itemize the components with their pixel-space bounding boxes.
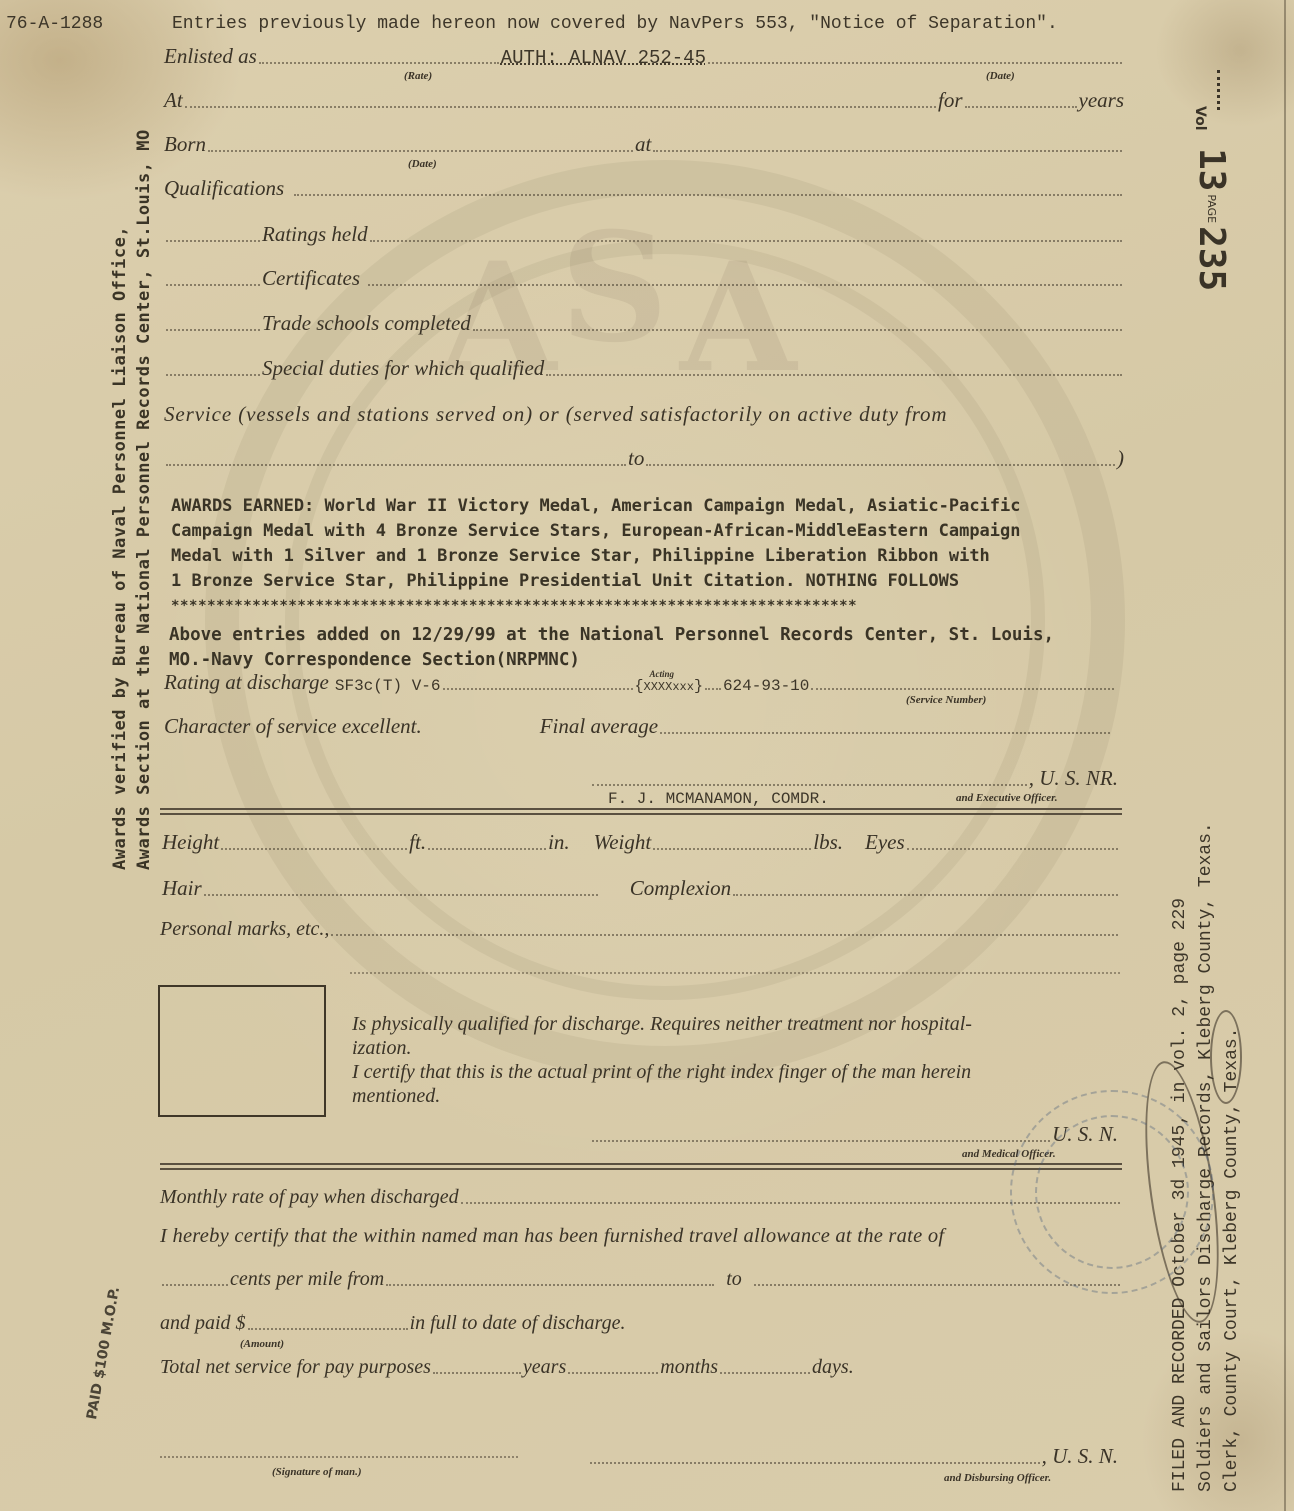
character-label: Character of service excellent. [164, 714, 422, 739]
final-average-field[interactable] [660, 731, 1110, 734]
special-duties-label: Special duties for which qualified [262, 356, 544, 381]
certificates-row: Certificates [164, 266, 1124, 291]
awards-line: Campaign Medal with 4 Bronze Service Sta… [171, 519, 1021, 544]
ratings-held-field[interactable] [370, 239, 1122, 242]
born-place-field[interactable] [653, 149, 1122, 152]
medical-line: Is physically qualified for discharge. R… [352, 1010, 972, 1038]
paid-suffix: in full to date of discharge. [410, 1312, 626, 1335]
eyes-field[interactable] [907, 847, 1118, 850]
certificates-field[interactable] [368, 283, 1122, 286]
height-label: Height [162, 830, 219, 855]
special-duties-field[interactable] [546, 373, 1122, 376]
paid-amount-field[interactable] [248, 1327, 408, 1330]
personal-marks-field[interactable] [331, 933, 1118, 936]
rating-discharge-row: Rating at discharge SF3c(T) V-6 { Acting… [164, 670, 1116, 695]
amount-caption: (Amount) [240, 1338, 284, 1350]
medical-officer-signature-field[interactable] [592, 1139, 1050, 1142]
double-rule [160, 1168, 1122, 1170]
trade-schools-row: Trade schools completed [164, 311, 1124, 336]
ratings-row: Ratings held [164, 222, 1124, 247]
double-rule [160, 1163, 1122, 1165]
page-number: 235 [1191, 226, 1232, 291]
awards-line: AWARDS EARNED: World War II Victory Meda… [171, 494, 1021, 519]
county-seal-stamp [1035, 1115, 1189, 1269]
margin-note-left-2: Awards Section at the National Personnel… [134, 129, 154, 870]
years-label: years [1079, 88, 1125, 113]
to-field[interactable] [754, 1283, 1120, 1286]
service-dates-row: to ) [164, 446, 1124, 471]
from-field[interactable] [386, 1283, 714, 1286]
eyes-label: Eyes [865, 830, 905, 855]
awards-line: 1 Bronze Service Star, Philippine Presid… [171, 569, 1021, 594]
hair-row: Hair Complexion [162, 876, 1120, 901]
cents-row: cents per mile from to [160, 1268, 1122, 1291]
for-label: for [938, 88, 963, 113]
usn-label: , U. S. N. [1042, 1444, 1118, 1469]
page-stamp: 13 PAGE 235 [1191, 148, 1232, 291]
qualifications-label: Qualifications [164, 176, 284, 201]
trade-schools-label: Trade schools completed [262, 311, 471, 336]
personal-marks-line2[interactable] [350, 972, 1120, 974]
double-rule [160, 808, 1122, 810]
disbursing-officer-caption: and Disbursing Officer. [944, 1472, 1051, 1484]
weight-field[interactable] [653, 847, 811, 850]
exec-officer-signature-field[interactable] [592, 783, 1027, 786]
height-ft-field[interactable] [221, 847, 407, 850]
service-number-caption: (Service Number) [906, 694, 986, 706]
travel-allowance-text: I hereby certify that the within named m… [160, 1225, 944, 1248]
awards-block: AWARDS EARNED: World War II Victory Meda… [171, 494, 1021, 619]
disbursing-officer-signature-field[interactable] [590, 1461, 1040, 1464]
weight-label: Weight [594, 830, 652, 855]
medical-block: Is physically qualified for discharge. R… [352, 1010, 972, 1110]
total-days-field[interactable] [720, 1371, 810, 1374]
paid-row: and paid $ in full to date of discharge. [160, 1312, 625, 1335]
margin-note-left-1: Awards verified by Bureau of Naval Perso… [110, 226, 130, 870]
service-to-label: to [628, 446, 644, 471]
at-field[interactable] [185, 105, 936, 108]
born-date-caption: (Date) [408, 158, 437, 170]
clerk-signature [1210, 1010, 1242, 1104]
rate-caption: (Rate) [404, 70, 432, 82]
born-label: Born [164, 132, 206, 157]
physical-row: Height ft. in. Weight lbs. Eyes [162, 830, 1120, 855]
enlisted-row: Enlisted as AUTH: ALNAV 252-45 [164, 44, 1124, 69]
special-duties-row: Special duties for which qualified [164, 356, 1124, 381]
born-at-label: at [635, 132, 651, 157]
certificates-label: Certificates [262, 266, 360, 291]
complexion-label: Complexion [630, 876, 731, 901]
signature-of-man-field[interactable] [160, 1456, 518, 1458]
ratings-held-label: Ratings held [262, 222, 368, 247]
complexion-field[interactable] [733, 893, 1118, 896]
page-edge [1284, 0, 1286, 1511]
medical-line: I certify that this is the actual print … [352, 1058, 972, 1086]
rating-discharge-label: Rating at discharge [164, 670, 329, 695]
service-from-field[interactable] [166, 463, 626, 466]
years-field[interactable] [965, 105, 1077, 108]
usnr-label: , U. S. NR. [1029, 766, 1118, 791]
final-average-label: Final average [540, 714, 658, 739]
monthly-pay-row: Monthly rate of pay when discharged [160, 1186, 1122, 1209]
service-to-field[interactable] [646, 463, 1115, 466]
service-label: Service (vessels and stations served on)… [164, 402, 947, 427]
vol-stamp: Vol [1192, 106, 1208, 131]
total-months-field[interactable] [568, 1371, 658, 1374]
to-label: to [726, 1268, 742, 1291]
born-date-field[interactable] [208, 149, 633, 152]
rating-discharge-value[interactable]: SF3c(T) V-6 [335, 677, 441, 695]
exec-officer-row: , U. S. NR. [590, 766, 1118, 791]
height-in-field[interactable] [428, 847, 546, 850]
double-rule [160, 813, 1122, 815]
header-note: Entries previously made hereon now cover… [172, 14, 1058, 34]
fingerprint-box [158, 985, 326, 1117]
signature-of-man-caption: (Signature of man.) [272, 1466, 362, 1478]
monthly-pay-label: Monthly rate of pay when discharged [160, 1186, 459, 1209]
total-service-row: Total net service for pay purposes years… [160, 1356, 854, 1379]
enlisted-value[interactable]: AUTH: ALNAV 252-45 [501, 47, 706, 69]
total-years-field[interactable] [433, 1371, 521, 1374]
date-caption: (Date) [986, 70, 1015, 82]
awards-line: Medal with 1 Silver and 1 Bronze Service… [171, 544, 1021, 569]
hair-label: Hair [162, 876, 202, 901]
vol-dots [1217, 70, 1223, 110]
acting-struck: Acting XXXXxxx [644, 677, 694, 695]
character-row: Character of service excellent. Final av… [164, 714, 1112, 739]
personal-marks-label: Personal marks, etc., [160, 918, 329, 941]
personal-marks-row: Personal marks, etc., [160, 918, 1120, 941]
vol-number: 13 [1191, 148, 1232, 191]
paid-label: and paid $ [160, 1312, 246, 1335]
added-entries-line: Above entries added on 12/29/99 at the N… [169, 623, 1054, 648]
service-number[interactable]: 624-93-10 [723, 677, 809, 695]
born-row: Born at [164, 132, 1124, 157]
exec-officer-name: F. J. MCMANAMON, COMDR. [608, 790, 829, 808]
paid-stamp: PAID $100 M.O.P. [84, 1286, 123, 1421]
cents-field[interactable] [162, 1283, 228, 1286]
total-service-label: Total net service for pay purposes [160, 1356, 431, 1379]
hair-field[interactable] [204, 893, 598, 896]
medical-line: mentioned. [352, 1082, 972, 1110]
at-row: At for years [164, 88, 1124, 113]
disbursing-officer-row: , U. S. N. [588, 1444, 1118, 1469]
awards-stars: ****************************************… [171, 594, 1021, 619]
cents-label: cents per mile from [230, 1268, 384, 1291]
added-entries-block: Above entries added on 12/29/99 at the N… [169, 623, 1054, 673]
at-label: At [164, 88, 183, 113]
enlisted-label: Enlisted as [164, 44, 257, 69]
qualifications-field[interactable] [294, 193, 1122, 196]
trade-schools-field[interactable] [473, 328, 1122, 331]
qualifications-row: Qualifications [164, 176, 1124, 201]
exec-officer-caption: and Executive Officer. [956, 792, 1058, 804]
file-number: 76-A-1288 [6, 14, 103, 34]
